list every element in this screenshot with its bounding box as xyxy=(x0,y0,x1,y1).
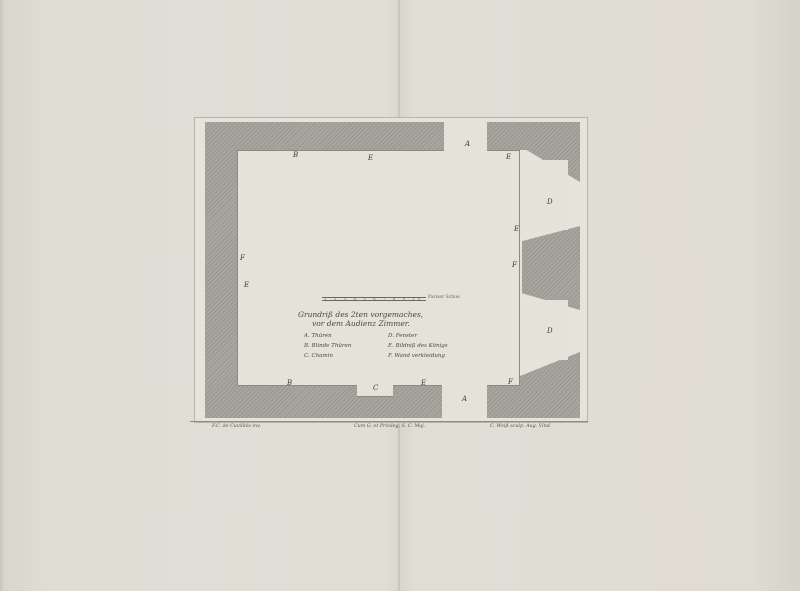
plan-title-line1: Grundriß des 2ten vorgemaches, xyxy=(298,310,423,319)
label-d-upper: D xyxy=(547,198,553,206)
wall-left xyxy=(205,122,237,418)
label-b-top: B xyxy=(293,151,298,159)
window-upper xyxy=(520,160,568,230)
label-b-bottom: B xyxy=(287,379,292,387)
wall-top-left xyxy=(205,122,444,150)
label-a-top: A xyxy=(465,140,470,148)
label-f-right: F xyxy=(512,261,517,269)
legend-key-f: F. Wand verkleidung xyxy=(388,353,445,359)
legend-key-e: E. Bildniß des Königs xyxy=(388,343,448,349)
credit-designer: F.C. de Cuvilliés inv. xyxy=(212,424,261,429)
label-e-top-right: E xyxy=(506,153,511,161)
legend-key-d: D. Fenster xyxy=(388,333,417,339)
label-f-bottom-right: F xyxy=(508,378,513,386)
label-e-left: E xyxy=(244,281,249,289)
plate-bottom-rule xyxy=(190,421,588,422)
label-f-left: F xyxy=(240,254,245,262)
legend-key-a: A. Thüren xyxy=(304,333,332,339)
credit-privilege: Cum G. et Privileg. S. C. Maj. xyxy=(354,424,425,429)
legend-key-b: B. Blinde Thüren xyxy=(304,343,351,349)
wall-bottom-left xyxy=(205,386,442,418)
label-e-bottom: E xyxy=(421,379,426,387)
window-lower xyxy=(520,300,568,360)
legend-key-c: C. Chamin xyxy=(304,353,333,359)
label-d-lower: D xyxy=(547,327,553,335)
sheet-edge xyxy=(0,0,5,591)
label-a-bottom: A xyxy=(462,395,467,403)
label-e-top: E xyxy=(368,154,373,162)
label-e-right: E xyxy=(514,225,519,233)
label-c: C xyxy=(373,384,378,392)
plan-title-line2: vor dem Audienz Zimmer. xyxy=(312,319,410,328)
credit-engraver: C. Weiß sculp. Aug. Vind. xyxy=(490,424,551,429)
